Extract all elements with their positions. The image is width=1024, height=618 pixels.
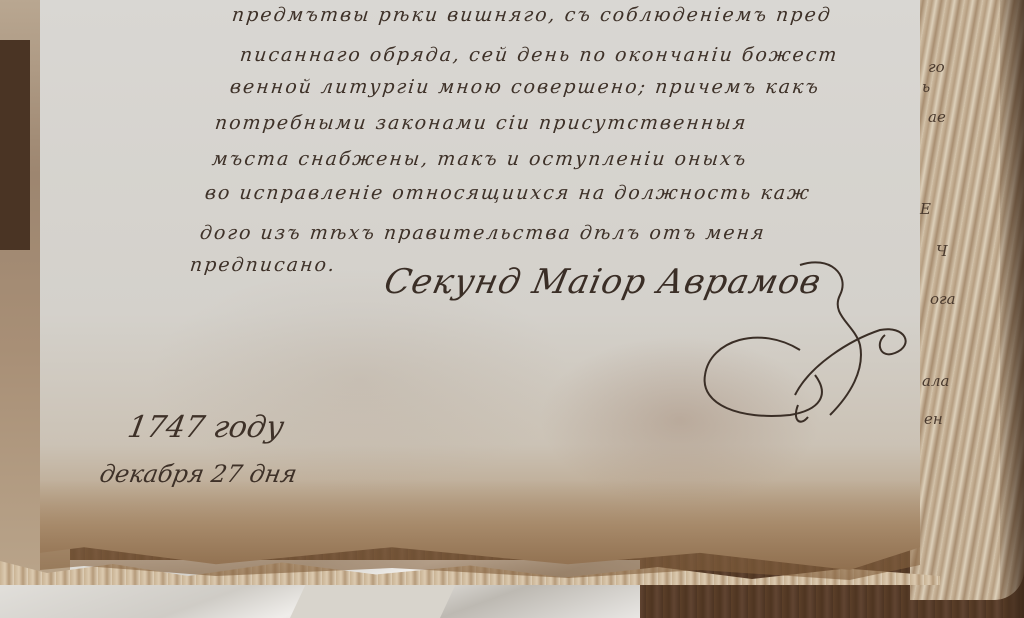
body-line-2: писаннаго обряда, сей день по окончаніи … [239,44,840,66]
body-line-3: венной литургіи мною совершено; причемъ … [229,76,821,98]
body-line-1: предмътвы рѣки вишняго, съ соблюденіемъ … [231,4,833,26]
body-line-6: во исправленіе относящиихся на должность… [204,182,812,204]
date-day: декабря 27 дня [98,460,300,488]
date-year: 1747 году [125,410,287,445]
margin-fragment: ь [922,78,930,96]
left-shadow-gap [0,40,30,250]
margin-fragment: ае [928,108,946,126]
body-line-4: потребными законами сіи присутственныя [214,112,749,134]
margin-fragment: ала [922,372,949,390]
signature-flourish-icon [680,255,920,435]
body-line-7: дого изъ тѣхъ правительства дѣлъ отъ мен… [199,222,767,244]
margin-fragment: го [928,58,945,76]
body-line-8: предписано. [189,254,337,276]
water-stain [40,480,920,580]
right-stack-shadow [1000,0,1024,618]
margin-fragment: Ч [936,242,948,260]
margin-fragment: Е [920,200,931,218]
margin-fragment: ен [924,410,943,428]
margin-fragment: ога [930,290,956,308]
body-line-5: мъста снабжены, такъ и оступленіи оныхъ [211,148,749,170]
